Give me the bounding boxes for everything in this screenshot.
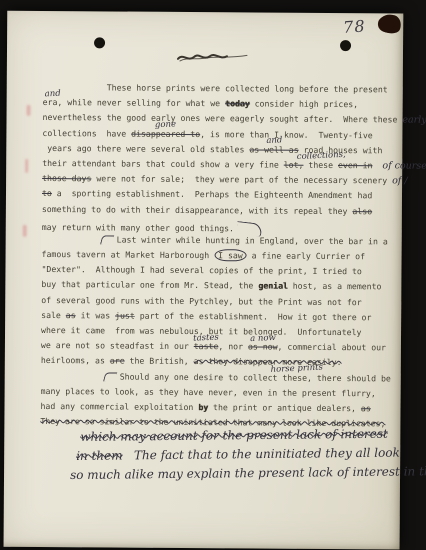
overtyped-bold-text: genial	[258, 281, 288, 291]
typed-text: it was	[76, 310, 116, 320]
edited-phrase: era,and	[43, 97, 63, 107]
connector-loop	[236, 221, 262, 237]
edited-phrase: thesecollections,	[308, 160, 333, 170]
typed-text: may return with many other good things.	[42, 222, 234, 233]
typed-text: there should be	[312, 372, 391, 383]
typed-text: many places to look, as they have never,…	[41, 386, 376, 398]
typed-text: years ago there were several old stables	[42, 143, 249, 154]
paragraph-mark	[103, 372, 117, 381]
typed-text: collections have	[42, 128, 131, 139]
typed-line: may return with many other good things.	[6, 216, 402, 234]
struck-typed-text: as	[361, 403, 371, 413]
struck-typed-text: as	[66, 310, 76, 320]
struck-typed-text: also	[352, 206, 372, 216]
typed-text: buy that particular one from Mr. Stead, …	[41, 279, 258, 291]
typed-line: heirlooms, as are the British, as they d…	[5, 353, 401, 371]
handwritten-note: The fact that to the uninitiated they al…	[122, 446, 399, 463]
circled-text: I saw	[214, 249, 247, 261]
handwritten-note: early horse	[402, 115, 426, 126]
ink-blot-icon	[377, 11, 404, 36]
handwritten-insertion: and	[266, 135, 282, 146]
paragraph-mark	[100, 235, 114, 244]
handwritten-insertion: tastes	[193, 332, 219, 343]
handwritten-insertion: a now	[250, 333, 276, 344]
overtyped-bold-text: by	[198, 402, 208, 412]
handwritten-line: so much alike may explain the present la…	[4, 463, 400, 486]
photo-of-manuscript-page: { "colors": {"background":"#121110","pap…	[0, 0, 426, 550]
typed-text: consider high prices,	[250, 99, 359, 110]
struck-handwritten-note: in them	[76, 449, 123, 463]
handwritten-insertion: and	[44, 88, 60, 99]
manuscript-text: These horse prints were collected long b…	[4, 80, 403, 489]
scribble-strikeout-icon	[175, 48, 251, 67]
handwritten-note: of course	[382, 160, 426, 171]
typed-text: were not for sale; they were part of the…	[91, 173, 392, 185]
typed-text: Last winter while hunting in England, ov…	[117, 234, 388, 246]
typed-text: part of the establishment. How it got th…	[135, 310, 372, 322]
struck-typed-text: to	[42, 188, 52, 198]
typed-text: Should any one desire to collect	[120, 371, 283, 382]
edited-phrase: disappeared togone	[131, 128, 200, 138]
typed-text: "Dexter". Although I had several copies …	[41, 264, 361, 276]
typed-text: host, as a memento	[288, 281, 382, 292]
typed-text: heirlooms, as	[41, 355, 110, 365]
typed-text: famous tavern at Market Harborough	[42, 249, 215, 260]
overtyped-struck-text: today	[225, 98, 250, 108]
struck-typed-text: even in	[338, 160, 373, 170]
struck-typed-text: just	[115, 310, 135, 320]
typed-text: the print or antique dealers,	[208, 402, 361, 413]
typed-text: , is more than I know. Twenty-five	[200, 129, 373, 140]
typed-text	[372, 160, 382, 170]
struck-handwritten-note: which may account for the present lack o…	[80, 427, 388, 444]
edited-phrase: as well asand	[249, 144, 298, 154]
typed-text: sale	[41, 310, 66, 320]
hole-punch-right	[340, 40, 351, 51]
handwritten-note: so much alike may explain the present la…	[70, 464, 426, 482]
typed-text: a sporting establishment. Perhaps the Ei…	[52, 188, 372, 200]
manuscript-page: 78 These horse prints were collected lon…	[4, 11, 404, 550]
edited-phrase: tastetastes	[194, 341, 219, 351]
typed-text: we are not so steadfast in our	[41, 340, 194, 351]
struck-typed-text: are	[110, 356, 125, 366]
typed-text: their attendant bars that could show a v…	[42, 158, 284, 170]
handwritten-insertion: gone	[155, 119, 177, 130]
handwritten-note: of /	[392, 176, 408, 187]
typed-text: a fine early Currier of	[247, 250, 365, 261]
typed-text: , commercial about our	[278, 342, 387, 353]
edited-phrase: these,horse prints	[282, 372, 312, 382]
hole-punch-left	[94, 37, 105, 48]
typed-text: nevertheless the good early ones were ea…	[43, 112, 403, 125]
typed-text: , nor	[218, 341, 248, 351]
typed-text: something to do with their disappearance…	[42, 203, 353, 215]
edited-phrase: as nowa now	[248, 342, 278, 352]
struck-typed-text: as well as	[249, 144, 298, 154]
typed-text: These horse prints were collected long b…	[107, 82, 388, 94]
struck-typed-text: those days	[42, 173, 91, 183]
typed-text: while never selling for what we	[62, 97, 225, 108]
typed-text: had any commercial exploitation	[40, 401, 198, 412]
typed-text: the British,	[125, 356, 194, 366]
page-number: 78	[342, 16, 366, 36]
typed-text: of several good runs with the Pytchley, …	[41, 295, 361, 307]
